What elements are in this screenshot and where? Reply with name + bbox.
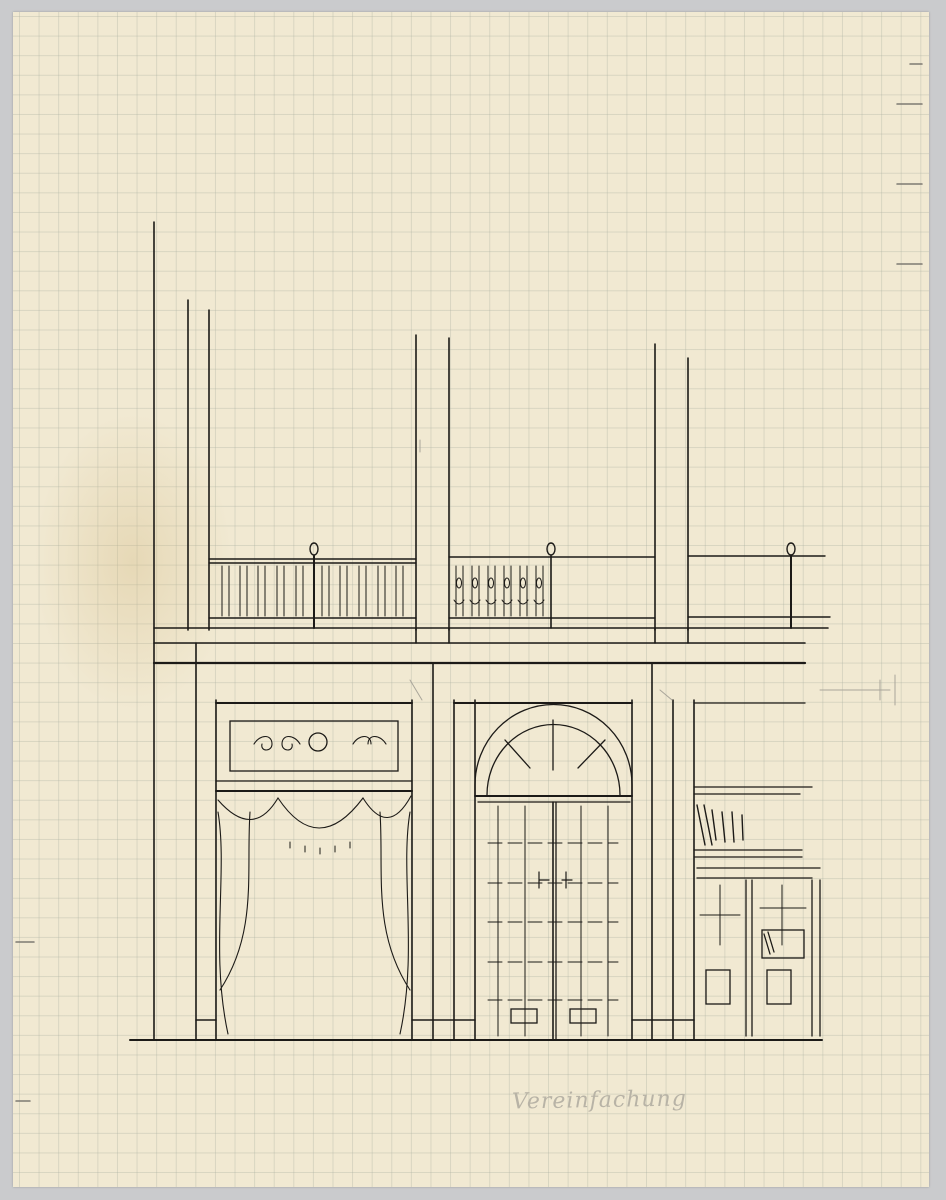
pencil-caption: Vereinfachung xyxy=(512,1086,687,1114)
left-bay-curtain-opening xyxy=(216,703,412,1034)
margin-ticks xyxy=(16,64,922,1101)
middle-bay-arched-door xyxy=(454,703,632,1040)
entablature xyxy=(154,628,828,663)
balustrade xyxy=(209,543,830,628)
right-bay-panel-door xyxy=(694,703,820,1036)
architectural-elevation-drawing xyxy=(0,0,946,1200)
ground-pilasters xyxy=(130,663,822,1040)
